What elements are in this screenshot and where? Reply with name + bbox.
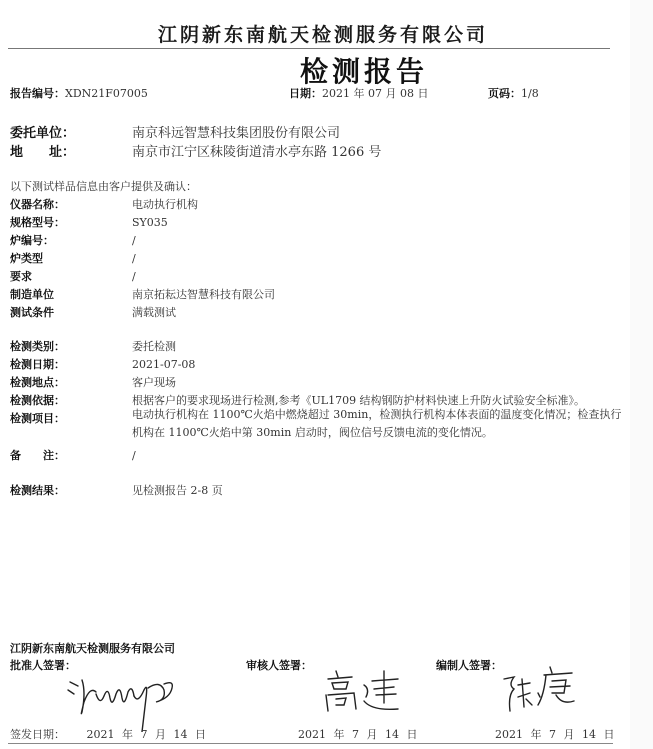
sample-row: 仪器名称：电动执行机构	[10, 196, 198, 212]
result-label: 检测结果：	[10, 482, 132, 498]
sample-row: 要求/	[10, 268, 136, 284]
footer-company: 江阴新东南航天检测服务有限公司	[10, 640, 175, 656]
remark-value: /	[132, 449, 136, 462]
sample-value: 南京拓耘达智慧科技有限公司	[132, 288, 275, 301]
inspection-date-value: 2021-07-08	[132, 358, 195, 371]
inspection-items-label: 检测项目：	[10, 410, 132, 426]
page-number: 页码：1/8	[488, 85, 539, 101]
sample-label: 炉类型	[10, 250, 132, 266]
inspection-location-value: 客户现场	[132, 376, 176, 389]
report-number-value: XDN21F07005	[65, 87, 148, 100]
sample-value: SY035	[132, 216, 168, 229]
footer-divider	[8, 743, 613, 744]
report-date-label: 日期：	[289, 87, 322, 100]
sample-label: 要求	[10, 268, 132, 284]
approver-label: 批准人签署：	[10, 657, 76, 673]
inspection-type-label: 检测类别：	[10, 338, 132, 354]
sample-value: 满载测试	[132, 306, 176, 319]
inspection-date-label: 检测日期：	[10, 356, 132, 372]
inspection-basis-label: 检测依据：	[10, 392, 132, 408]
entrust-value: 南京科远智慧科技集团股份有限公司	[132, 126, 340, 141]
sample-row: 炉编号：/	[10, 232, 136, 248]
report-date: 日期：2021 年 07 月 08 日	[289, 85, 428, 101]
sample-label: 仪器名称：	[10, 196, 132, 212]
sample-row: 炉类型/	[10, 250, 136, 266]
issue-date-label: 签发日期：	[10, 728, 65, 741]
inspection-type-value: 委托检测	[132, 340, 176, 353]
reviewer-label: 审核人签署：	[246, 657, 312, 673]
inspection-items-row: 检测项目：	[10, 410, 132, 426]
sample-value: 电动执行机构	[132, 198, 198, 211]
client-entrust-row: 委托单位：南京科远智慧科技集团股份有限公司	[10, 122, 340, 141]
inspection-type-row: 检测类别：委托检测	[10, 338, 176, 354]
inspection-date-row: 检测日期：2021-07-08	[10, 356, 195, 372]
inspection-location-label: 检测地点：	[10, 374, 132, 390]
report-number: 报告编号：XDN21F07005	[10, 85, 148, 101]
sample-row: 测试条件满载测试	[10, 304, 176, 320]
compiler-label: 编制人签署：	[436, 657, 502, 673]
company-header: 江阴新东南航天检测服务有限公司	[158, 20, 488, 47]
page-number-value: 1/8	[521, 87, 539, 100]
header-divider	[8, 48, 610, 49]
sample-label: 规格型号：	[10, 214, 132, 230]
sample-row: 规格型号：SY035	[10, 214, 168, 230]
result-row: 检测结果：见检测报告 2-8 页	[10, 482, 223, 498]
reviewer-date: 2021 年 7 月 14 日	[298, 726, 417, 742]
sample-value: /	[132, 270, 136, 283]
compiler-date: 2021 年 7 月 14 日	[495, 726, 614, 742]
address-value: 南京市江宁区秣陵街道清水亭东路 1266 号	[132, 145, 381, 160]
entrust-label: 委托单位：	[10, 122, 132, 141]
approver-issue-date: 签发日期： 2021 年 7 月 14 日	[10, 726, 206, 742]
document-title: 检测报告	[300, 50, 428, 90]
page-number-label: 页码：	[488, 87, 521, 100]
address-label: 地 址：	[10, 141, 132, 160]
reviewer-signature	[322, 667, 412, 717]
remark-row: 备 注：/	[10, 447, 136, 463]
sample-value: /	[132, 234, 136, 247]
compiler-signature	[500, 665, 580, 715]
inspection-location-row: 检测地点：客户现场	[10, 374, 176, 390]
sample-label: 制造单位	[10, 286, 132, 302]
sample-intro: 以下测试样品信息由客户提供及确认：	[10, 178, 197, 194]
remark-label: 备 注：	[10, 447, 132, 463]
inspection-items-value: 电动执行机构在 1100℃火焰中燃烧超过 30min，检测执行机构本体表面的温度…	[132, 406, 632, 442]
sample-label: 炉编号：	[10, 232, 132, 248]
sample-value: /	[132, 252, 136, 265]
page-edge	[630, 0, 653, 749]
report-date-value: 2021 年 07 月 08 日	[322, 87, 428, 100]
report-number-label: 报告编号：	[10, 87, 65, 100]
sample-label: 测试条件	[10, 304, 132, 320]
approver-date: 2021 年 7 月 14 日	[87, 728, 206, 741]
approver-signature	[60, 672, 200, 732]
sample-row: 制造单位南京拓耘达智慧科技有限公司	[10, 286, 275, 302]
client-address-row: 地 址：南京市江宁区秣陵街道清水亭东路 1266 号	[10, 141, 381, 160]
result-value: 见检测报告 2-8 页	[132, 484, 223, 497]
